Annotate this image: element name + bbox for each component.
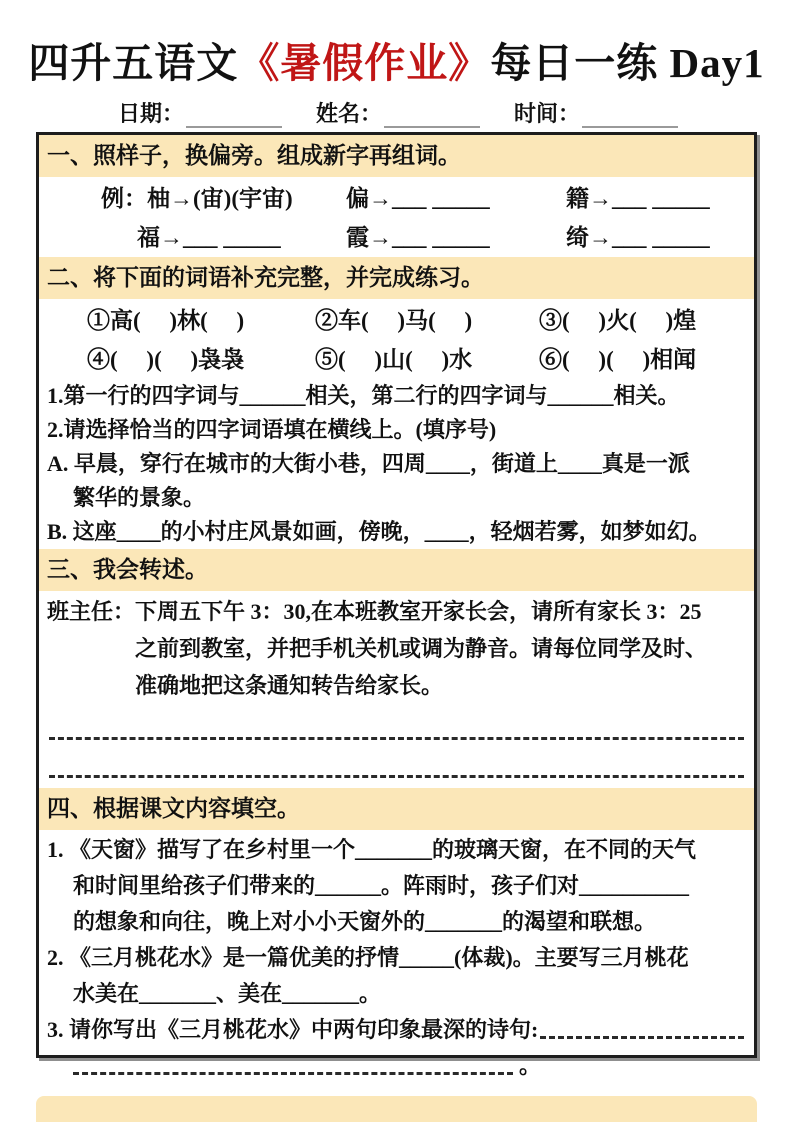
question-a-line-2: 繁华的景象。 bbox=[39, 481, 754, 515]
period-mark: 。 bbox=[519, 1048, 541, 1084]
section-2-words: ①高( )林( ) ②车( )马( ) ③( )火( )煌 ④( )( )袅袅 … bbox=[39, 301, 754, 379]
word-1: ①高( )林( ) bbox=[87, 301, 315, 340]
worksheet-page: 四升五语文《暑假作业》每日一练 Day1 日期： 姓名： 时间： 一、照样子，换… bbox=[0, 0, 793, 1122]
name-blank bbox=[384, 102, 480, 128]
time-label: 时间： bbox=[514, 97, 580, 128]
fill-item-2-line-2: 水美在_______、美在_______。 bbox=[39, 976, 754, 1012]
section-3-heading: 三、我会转述。 bbox=[39, 549, 754, 591]
question-1: 1.第一行的四字词与______相关，第二行的四字词与______相关。 bbox=[39, 379, 754, 413]
answer-line-1 bbox=[49, 731, 744, 740]
next-section-header-cutoff bbox=[36, 1096, 757, 1122]
date-label: 日期： bbox=[118, 97, 184, 128]
time-blank bbox=[582, 102, 678, 128]
question-a-line-1: A. 早晨，穿行在城市的大街小巷，四周____，街道上____真是一派 bbox=[39, 447, 754, 481]
section-1-heading: 一、照样子，换偏旁。组成新字再组词。 bbox=[39, 135, 754, 177]
blank-item-qi: 绮→___ _____ bbox=[566, 218, 754, 257]
date-field: 日期： bbox=[118, 97, 282, 128]
title-book-name: 《暑假作业》 bbox=[238, 40, 490, 86]
fill-item-2-line-1: 2. 《三月桃花水》是一篇优美的抒情_____(体裁)。主要写三月桃花 bbox=[39, 940, 754, 976]
blank-row: 福→___ _____ 霞→___ _____ 绮→___ _____ bbox=[39, 218, 754, 257]
name-field: 姓名： bbox=[316, 97, 480, 128]
title-grade-subject: 四升五语文 bbox=[28, 40, 238, 86]
word-3: ③( )火( )煌 bbox=[539, 301, 754, 340]
word-row-2: ④( )( )袅袅 ⑤( )山( )水 ⑥( )( )相闻 bbox=[39, 340, 754, 379]
section-2-heading: 二、将下面的词语补充完整，并完成练习。 bbox=[39, 257, 754, 299]
word-2: ②车( )马( ) bbox=[315, 301, 539, 340]
word-row-1: ①高( )林( ) ②车( )马( ) ③( )火( )煌 bbox=[39, 301, 754, 340]
question-2: 2.请选择恰当的四字词语填在横线上。(填序号) bbox=[39, 413, 754, 447]
word-5: ⑤( )山( )水 bbox=[315, 340, 539, 379]
example-row: 例：柚→(宙)(宇宙) 偏→___ _____ 籍→___ _____ bbox=[39, 179, 754, 218]
word-6: ⑥( )( )相闻 bbox=[539, 340, 754, 379]
question-b: B. 这座____的小村庄风景如画，傍晚，____，轻烟若雾，如梦如幻。 bbox=[39, 515, 754, 549]
blank-item-pian: 偏→___ _____ bbox=[346, 179, 566, 218]
fill-item-3-text: 3. 请你写出《三月桃花水》中两句印象最深的诗句: bbox=[47, 1012, 538, 1048]
time-field: 时间： bbox=[514, 97, 678, 128]
fill-item-1-line-1: 1. 《天窗》描写了在乡村里一个_______的玻璃天窗，在不同的天气 bbox=[39, 832, 754, 868]
word-4: ④( )( )袅袅 bbox=[87, 340, 315, 379]
notice-line-1: 班主任：下周五下午 3：30,在本班教室开家长会，请所有家长 3：25 bbox=[39, 593, 754, 630]
answer-dash-line bbox=[540, 1036, 744, 1039]
fill-item-3-line-1: 3. 请你写出《三月桃花水》中两句印象最深的诗句: bbox=[39, 1012, 754, 1048]
worksheet-box: 一、照样子，换偏旁。组成新字再组词。 例：柚→(宙)(宇宙) 偏→___ ___… bbox=[36, 132, 757, 1058]
answer-line-2 bbox=[49, 769, 744, 778]
notice-line-3: 准确地把这条通知转告给家长。 bbox=[39, 667, 754, 704]
notice-line-2: 之前到教室，并把手机关机或调为静音。请每位同学及时、 bbox=[39, 630, 754, 667]
title-daily-practice: 每日一练 Day1 bbox=[490, 40, 764, 86]
page-title: 四升五语文《暑假作业》每日一练 Day1 bbox=[0, 0, 793, 89]
section-4-heading: 四、根据课文内容填空。 bbox=[39, 788, 754, 830]
blank-item-xia: 霞→___ _____ bbox=[346, 218, 566, 257]
blank-item-fu: 福→___ _____ bbox=[101, 218, 346, 257]
answer-dash-line bbox=[73, 1072, 513, 1075]
fill-item-1-line-2: 和时间里给孩子们带来的______。阵雨时，孩子们对__________ bbox=[39, 868, 754, 904]
name-label: 姓名： bbox=[316, 97, 382, 128]
date-blank bbox=[186, 102, 282, 128]
fill-item-1-line-3: 的想象和向往，晚上对小小天窗外的_______的渴望和联想。 bbox=[39, 904, 754, 940]
section-1-body: 例：柚→(宙)(宇宙) 偏→___ _____ 籍→___ _____ 福→__… bbox=[39, 179, 754, 257]
fill-item-3-line-2: 。 bbox=[39, 1048, 754, 1084]
info-row: 日期： 姓名： 时间： bbox=[118, 97, 793, 128]
example-item: 例：柚→(宙)(宇宙) bbox=[101, 179, 346, 218]
blank-item-ji: 籍→___ _____ bbox=[566, 179, 754, 218]
